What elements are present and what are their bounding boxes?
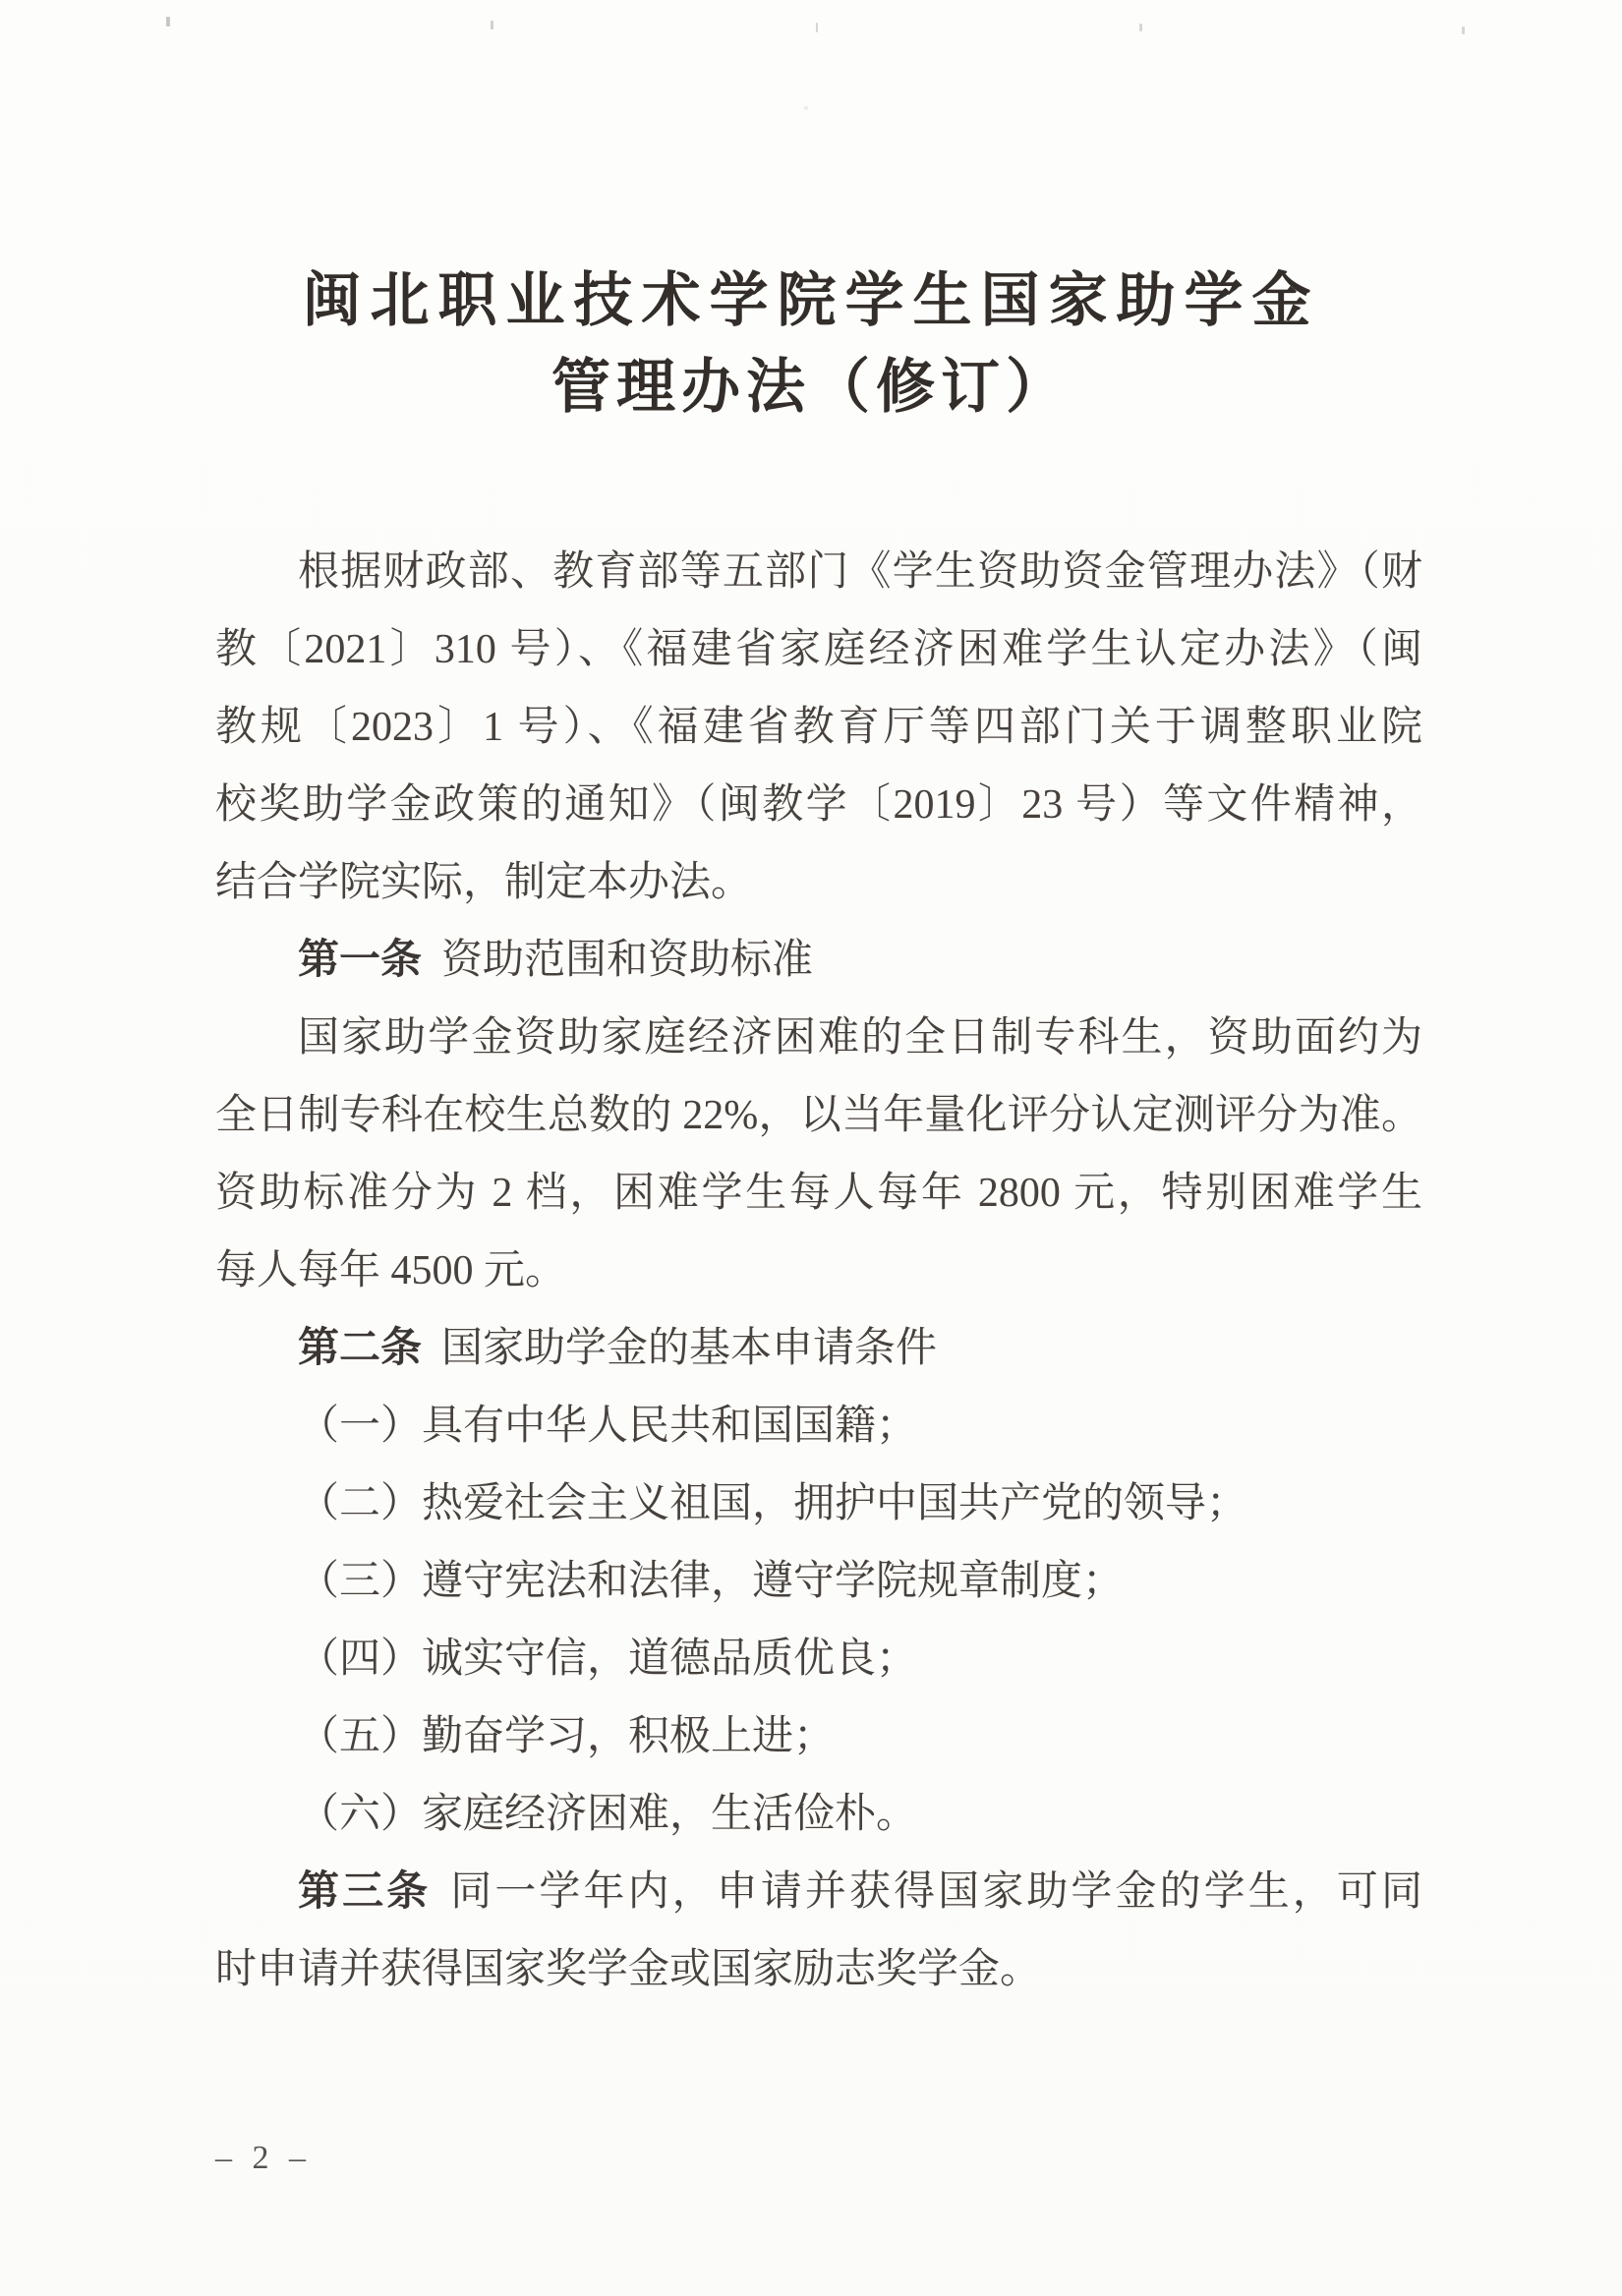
body-line: 第二条国家助学金的基本申请条件 bbox=[215, 1310, 1422, 1388]
scan-speck bbox=[166, 17, 170, 27]
body-line: 时申请并获得国家奖学金或国家励志奖学金。 bbox=[215, 1931, 1422, 2009]
body-line: （一）具有中华人民共和国国籍； bbox=[215, 1388, 1422, 1465]
article-number: 第三条 bbox=[298, 1869, 431, 1915]
page-number: – 2 – bbox=[215, 2139, 312, 2178]
body-line: （二）热爱社会主义祖国，拥护中国共产党的领导； bbox=[215, 1465, 1422, 1543]
scan-speck bbox=[491, 21, 493, 29]
body-line: 结合学院实际，制定本办法。 bbox=[215, 844, 1422, 922]
scan-speck bbox=[1139, 24, 1142, 31]
scan-speck bbox=[816, 23, 818, 32]
body-line: （三）遵守宪法和法律，遵守学院规章制度； bbox=[215, 1543, 1422, 1621]
body-line: （五）勤奋学习，积极上进； bbox=[215, 1698, 1422, 1776]
article-number: 第一条 bbox=[298, 938, 422, 983]
body-line: （四）诚实守信，道德品质优良； bbox=[215, 1621, 1422, 1698]
body-line: 全日制专科在校生总数的 22%，以当年量化评分认定测评分为准。 bbox=[215, 1077, 1422, 1155]
body-line: （六）家庭经济困难，生活俭朴。 bbox=[215, 1776, 1422, 1854]
scan-speck bbox=[1462, 27, 1465, 34]
body-line: 教规〔2023〕1 号）、《福建省教育厅等四部门关于调整职业院 bbox=[215, 689, 1422, 767]
document-page: 闽北职业技术学院学生国家助学金 管理办法（修订） 根据财政部、教育部等五部门《学… bbox=[0, 0, 1622, 2296]
body-line: 第三条同一学年内，申请并获得国家助学金的学生，可同 bbox=[215, 1854, 1422, 1931]
body-line: 第一条资助范围和资助标准 bbox=[215, 922, 1422, 1000]
document-body: 根据财政部、教育部等五部门《学生资助资金管理办法》（财教〔2021〕310 号）… bbox=[215, 534, 1422, 2009]
scan-speck bbox=[804, 106, 808, 110]
document-title-line2: 管理办法（修订） bbox=[0, 344, 1622, 430]
body-line: 国家助学金资助家庭经济困难的全日制专科生，资助面约为 bbox=[215, 1000, 1422, 1077]
article-number: 第二条 bbox=[298, 1326, 422, 1371]
body-line: 资助标准分为 2 档，困难学生每人每年 2800 元，特别困难学生 bbox=[215, 1155, 1422, 1233]
body-line: 根据财政部、教育部等五部门《学生资助资金管理办法》（财 bbox=[215, 534, 1422, 611]
document-title-line1: 闽北职业技术学院学生国家助学金 bbox=[0, 258, 1622, 344]
body-line: 每人每年 4500 元。 bbox=[215, 1233, 1422, 1310]
body-line: 校奖助学金政策的通知》（闽教学〔2019〕23 号）等文件精神， bbox=[215, 767, 1422, 844]
document-title: 闽北职业技术学院学生国家助学金 管理办法（修订） bbox=[0, 258, 1622, 430]
body-line: 教〔2021〕310 号）、《福建省家庭经济困难学生认定办法》（闽 bbox=[215, 611, 1422, 689]
